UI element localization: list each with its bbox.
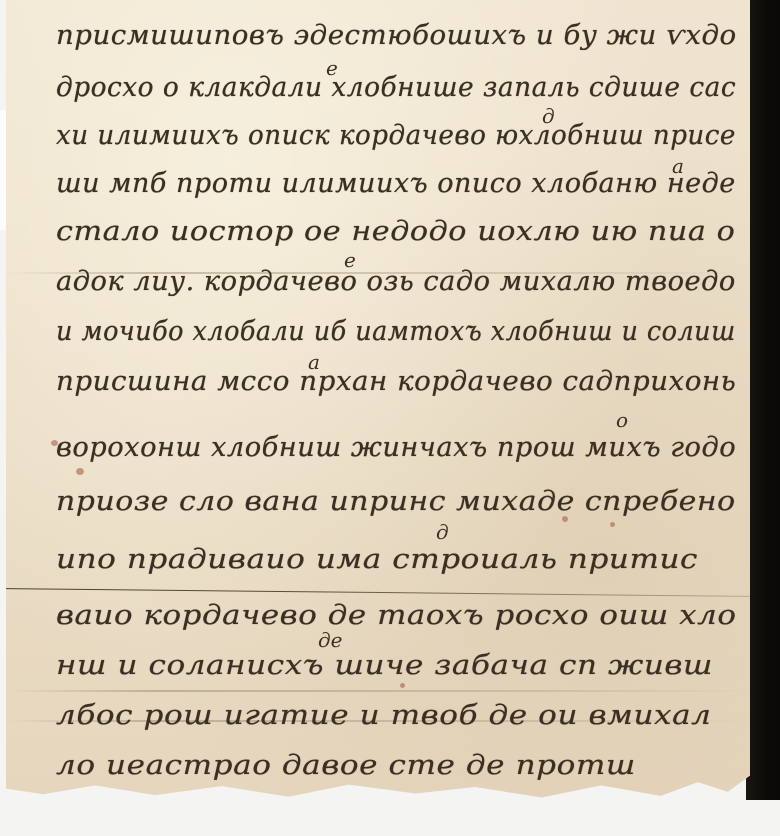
superscript-mark: е — [344, 248, 356, 272]
text-line: ваио кордачево де таохъ росхо оиш хло — [56, 600, 737, 631]
paper-sheet: присмишиповъ эдестюбошихъ и бу жи ѵхдо д… — [6, 0, 750, 808]
text-line: адок лиу. кордачево озь садо михалю твое… — [56, 266, 736, 297]
ink-blot — [436, 792, 448, 802]
ink-stain — [400, 683, 405, 688]
text-line: присшина мссо прхан кордачево садприхонь — [56, 366, 736, 397]
superscript-mark: а — [672, 154, 684, 178]
text-line: ипо прадиваио има строиаль притис — [56, 544, 698, 575]
text-line: ворохонш хлобниш жинчахъ прош михъ годо — [56, 432, 736, 463]
paper-crack — [6, 588, 750, 597]
text-line: хи илимиихъ описк кордачево юхлобниш при… — [56, 120, 736, 151]
ink-stain — [610, 522, 615, 527]
text-line: присмишиповъ эдестюбошихъ и бу жи ѵхдо — [56, 20, 737, 51]
text-line: приозе сло вана ипринс михаде спребено — [56, 486, 736, 517]
text-line: ши мпб проти илимиихъ описо хлобаню неде — [56, 168, 736, 199]
text-line: лбос рош игатие и твоб де ои вмихал — [56, 700, 712, 731]
text-line: и мочибо хлобали иб иамтохъ хлобниш и со… — [56, 316, 736, 347]
text-line: дросхо о клакдали хлобнише запаль сдише … — [56, 72, 736, 103]
superscript-mark: а — [308, 350, 320, 374]
text-line: стало иостор ое недодо иохлю ию пиа о — [56, 216, 735, 247]
ink-stain — [76, 468, 84, 475]
paper-fold — [6, 690, 750, 692]
superscript-mark: о — [616, 408, 628, 432]
text-line: ло иеастрао давое сте де протш — [56, 750, 636, 781]
superscript-mark: д — [542, 104, 555, 128]
manuscript-photo: присмишиповъ эдестюбошихъ и бу жи ѵхдо д… — [0, 0, 780, 836]
text-line: нш и соланисхъ шиче забача сп живш — [56, 650, 713, 681]
dark-background-edge — [746, 0, 780, 800]
superscript-mark: де — [318, 628, 343, 652]
superscript-mark: д — [436, 520, 449, 544]
superscript-mark: е — [326, 56, 338, 80]
